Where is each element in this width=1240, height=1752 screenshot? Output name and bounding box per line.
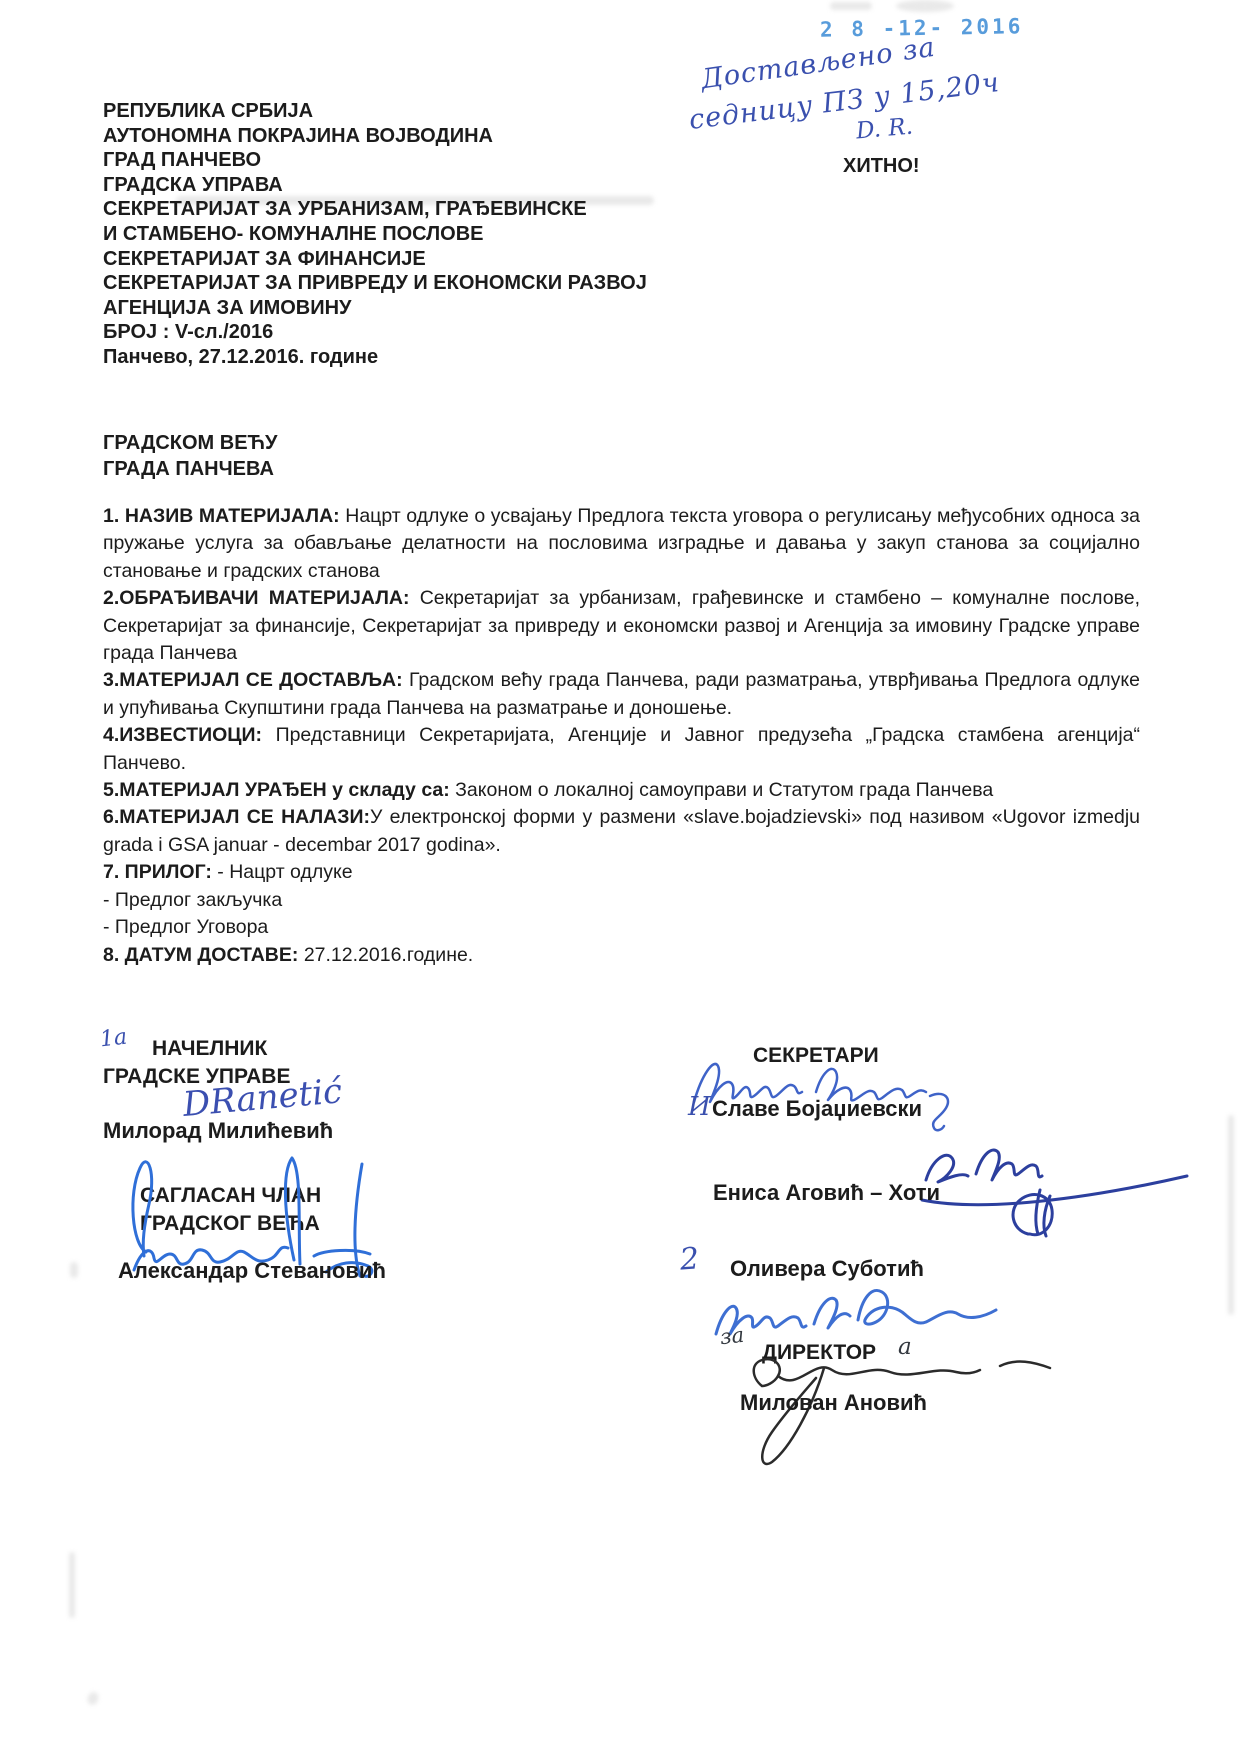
handwritten-note-initials: D. R.	[855, 114, 914, 145]
letterhead-line: СЕКРЕТАРИЈАТ ЗА ПРИВРЕДУ И ЕКОНОМСКИ РАЗ…	[103, 271, 647, 296]
scan-artifact	[1228, 1115, 1234, 1315]
document-body: 1. НАЗИВ МАТЕРИЈАЛА: Нацрт одлуке о усва…	[103, 503, 1140, 969]
addressee-line1: ГРАДСКОМ ВЕЋУ	[103, 431, 278, 457]
scan-artifact	[70, 1262, 78, 1278]
letterhead-line: АГЕНЦИЈА ЗА ИМОВИНУ	[103, 296, 647, 321]
letterhead-line: АУТОНОМНА ПОКРАЈИНА ВОЈВОДИНА	[103, 124, 647, 149]
signatory-name-milorad: Милорад Милићевић	[103, 1118, 333, 1144]
letterhead-line: И СТАМБЕНО- КОМУНАЛНЕ ПОСЛОВЕ	[103, 222, 647, 247]
handwritten-mark-i: И	[688, 1092, 711, 1122]
nacelnik-signature-text: DRanetić	[180, 1071, 344, 1125]
section-4: 4.ИЗВЕСТИОЦИ: Представници Секретаријата…	[103, 722, 1140, 777]
section-label: 4.ИЗВЕСТИОЦИ:	[103, 724, 276, 746]
document-number: БРОЈ : V-сл./2016	[103, 320, 647, 345]
section-label: 6.МАТЕРИЈАЛ СЕ НАЛАЗИ:	[103, 806, 370, 828]
section-6: 6.МАТЕРИЈАЛ СЕ НАЛАЗИ:У електронској фор…	[103, 804, 1140, 859]
section-label: 3.МАТЕРИЈАЛ СЕ ДОСТАВЉА:	[103, 669, 409, 691]
scan-artifact	[830, 2, 872, 10]
attachment-line: - Предлог закључка	[103, 887, 1140, 914]
section-label: 7. ПРИЛОГ:	[103, 861, 217, 883]
section-8: 8. ДАТУМ ДОСТАВЕ: 27.12.2016.године.	[103, 942, 1140, 969]
letterhead-line: РЕПУБЛИКА СРБИЈА	[103, 99, 647, 124]
section-text: - Нацрт одлуке	[217, 861, 352, 883]
letterhead-line: СЕКРЕТАРИЈАТ ЗА УРБАНИЗАМ, ГРАЂЕВИНСКЕ	[103, 197, 647, 222]
signatory-name-enisa: Ениса Аговић – Хоти	[713, 1180, 940, 1206]
section-5: 5.МАТЕРИЈАЛ УРАЂЕН у складу са: Законом …	[103, 777, 1140, 804]
place-and-date: Панчево, 27.12.2016. године	[103, 345, 647, 370]
signatory-name-slave: Славе Бојаџиевски	[712, 1096, 922, 1122]
section-3: 3.МАТЕРИЈАЛ СЕ ДОСТАВЉА: Градском већу г…	[103, 667, 1140, 722]
section-text: Законом о локалној самоуправи и Статутом…	[455, 779, 993, 801]
addressee-block: ГРАДСКОМ ВЕЋУ ГРАДА ПАНЧЕВА	[103, 431, 278, 482]
section-2: 2.ОБРАЂИВАЧИ МАТЕРИЈАЛА: Секретаријат за…	[103, 585, 1140, 667]
letterhead-line: СЕКРЕТАРИЈАТ ЗА ФИНАНСИЈЕ	[103, 247, 647, 272]
section-text: 27.12.2016.године.	[304, 944, 473, 966]
section-label: 8. ДАТУМ ДОСТАВЕ:	[103, 944, 304, 966]
section-label: 1. НАЗИВ МАТЕРИЈАЛА:	[103, 505, 345, 527]
scan-artifact	[86, 1691, 100, 1707]
olivera-signature	[710, 1276, 1005, 1346]
enisa-signature	[912, 1138, 1202, 1248]
attachment-line: - Предлог Уговора	[103, 914, 1140, 941]
signatory-name-aleksandar: Александар Стевановић	[118, 1258, 386, 1284]
addressee-line2: ГРАДА ПАНЧЕВА	[103, 457, 278, 483]
slave-flourish	[922, 1090, 962, 1135]
letterhead-line: ГРАДСКА УПРАВА	[103, 173, 647, 198]
section-1: 1. НАЗИВ МАТЕРИЈАЛА: Нацрт одлуке о усва…	[103, 503, 1140, 585]
letterhead-line: ГРАД ПАНЧЕВО	[103, 148, 647, 173]
handwritten-mark-2: 2	[679, 1241, 700, 1277]
letterhead: РЕПУБЛИКА СРБИЈА АУТОНОМНА ПОКРАЈИНА ВОЈ…	[103, 99, 647, 370]
scan-artifact	[69, 1552, 75, 1618]
scanned-document-page: 2 8 -12- 2016 Достављено за седницу ПЗ у…	[0, 0, 1240, 1752]
section-label: 5.МАТЕРИЈАЛ УРАЂЕН у складу са:	[103, 779, 455, 801]
urgent-label: ХИТНО!	[843, 155, 920, 178]
handwritten-mark-1a: 1а	[99, 1025, 129, 1053]
nacelnik-title-line1: НАЧЕЛНИК	[152, 1037, 267, 1061]
section-label: 2.ОБРАЂИВАЧИ МАТЕРИЈАЛА:	[103, 587, 420, 609]
handwritten-mark-za: за	[719, 1323, 745, 1349]
scan-artifact	[896, 0, 954, 12]
signatory-name-milovan: Милован Ановић	[740, 1390, 927, 1416]
section-7: 7. ПРИЛОГ: - Нацрт одлуке	[103, 859, 1140, 886]
